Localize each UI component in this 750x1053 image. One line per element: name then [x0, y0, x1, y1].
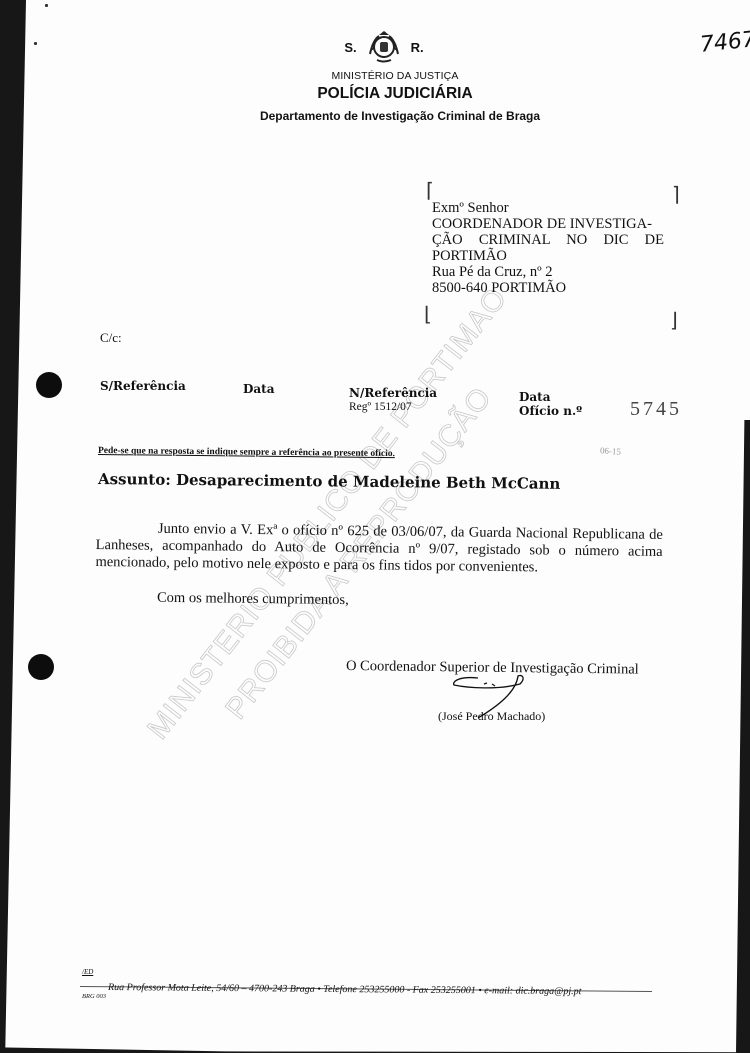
- oficio-label: Ofício n.º: [519, 404, 582, 418]
- organization-name: POLÍCIA JUDICIÁRIA: [40, 85, 750, 103]
- scan-shadow-bottom: [0, 1045, 750, 1053]
- recipient-salutation: Exmº Senhor: [432, 200, 664, 216]
- form-code: BRG 003: [82, 993, 106, 1000]
- faint-date-stamp: 06-15: [600, 445, 622, 456]
- typist-initials: /ED: [82, 968, 93, 976]
- their-reference-label: S/Referência: [100, 379, 186, 393]
- address-bracket-bottom-right: ⌋: [670, 308, 678, 332]
- coat-of-arms-icon: [367, 30, 401, 64]
- their-date-label: Data: [243, 382, 275, 396]
- closing-line: Com os melhores cumprimentos,: [157, 590, 662, 613]
- footer-contact-line: Rua Professor Mota Leite, 54/60 – 4700-2…: [108, 982, 582, 997]
- initial-r: R.: [411, 40, 424, 55]
- recipient-line: Rua Pé da Cruz, nº 2: [432, 264, 664, 280]
- handwritten-page-number: 7467: [699, 27, 750, 58]
- body-paragraph: Junto envio a V. Exª o ofício nº 625 de …: [95, 520, 663, 578]
- address-bracket-top-right: ⌉: [672, 182, 680, 206]
- reply-notice: Pede-se que na resposta se indique sempr…: [98, 446, 395, 459]
- recipient-address: Exmº Senhor COORDENADOR DE INVESTIGA- ÇÃ…: [432, 200, 664, 296]
- our-date-label: Data: [519, 390, 551, 404]
- oficio-number: 5745: [630, 398, 682, 421]
- recipient-line: ÇÃO CRIMINAL NO DIC DE: [432, 232, 664, 248]
- scan-shadow-left: [0, 0, 26, 1053]
- address-bracket-top-left: ⌈: [426, 178, 434, 202]
- ministry-name: MINISTÉRIO DA JUSTIÇA: [40, 70, 750, 82]
- address-bracket-bottom-left: ⌊: [424, 302, 432, 326]
- our-reference-label: N/Referência: [349, 386, 437, 400]
- department-name: Departamento de Investigação Criminal de…: [50, 109, 750, 123]
- recipient-line: COORDENADOR DE INVESTIGA-: [432, 216, 664, 232]
- signatory-name: (José Pedro Machado): [438, 709, 545, 724]
- scan-speck: [45, 4, 48, 7]
- scan-shadow-right: [736, 420, 750, 1053]
- punch-hole-top: [36, 372, 62, 398]
- subject-line: Assunto: Desaparecimento de Madeleine Be…: [98, 470, 561, 493]
- our-reference-value: Regº 1512/07: [349, 401, 412, 413]
- letterhead: S. R. MINISTÉRIO DA JUSTIÇA POLÍCIA JUDI…: [0, 30, 750, 123]
- letter-body: Junto envio a V. Exª o ofício nº 625 de …: [95, 520, 663, 613]
- recipient-line: PORTIMÃO: [432, 248, 664, 264]
- initial-s: S.: [344, 40, 356, 55]
- cc-label: C/c:: [100, 330, 122, 346]
- punch-hole-bottom: [28, 654, 54, 680]
- crest-row: S. R.: [18, 30, 750, 64]
- recipient-line: 8500-640 PORTIMÃO: [432, 280, 664, 296]
